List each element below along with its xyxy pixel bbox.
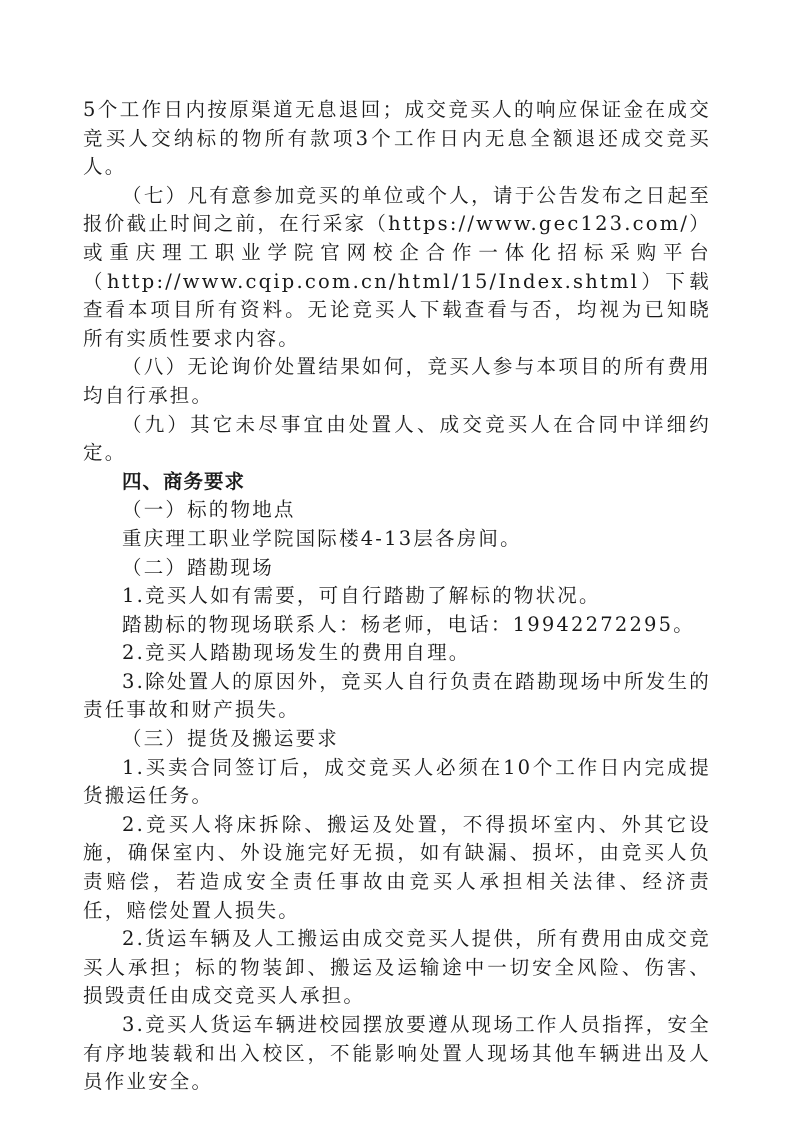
paragraph-item-9-other: （九）其它未尽事宜由处置人、成交竞买人在合同中详细约定。 [83, 411, 711, 468]
document-page: 5个工作日内按原渠道无息退回；成交竞买人的响应保证金在成交竞买人交纳标的物所有款… [83, 96, 711, 1097]
subheading-location: （一）标的物地点 [83, 496, 711, 525]
paragraph-refund: 5个工作日内按原渠道无息退回；成交竞买人的响应保证金在成交竞买人交纳标的物所有款… [83, 96, 711, 182]
paragraph-location: 重庆理工职业学院国际楼4-13层各房间。 [83, 525, 711, 554]
paragraph-survey-contact: 踏勘标的物现场联系人：杨老师，电话：19942272295。 [83, 611, 711, 640]
paragraph-item-7-download: （七）凡有意参加竞买的单位或个人，请于公告发布之日起至报价截止时间之前，在行采家… [83, 182, 711, 354]
paragraph-survey-1: 1.竞买人如有需要，可自行踏勘了解标的物状况。 [83, 582, 711, 611]
paragraph-transport-3: 3.竞买人货运车辆进校园摆放要遵从现场工作人员指挥，安全有序地装载和出入校区，不… [83, 1011, 711, 1097]
paragraph-transport-1: 1.买卖合同签订后，成交竞买人必须在10个工作日内完成提货搬运任务。 [83, 754, 711, 811]
section-heading-business-requirements: 四、商务要求 [83, 468, 711, 497]
paragraph-survey-3: 3.除处置人的原因外，竞买人自行负责在踏勘现场中所发生的责任事故和财产损失。 [83, 668, 711, 725]
paragraph-transport-2b: 2.货运车辆及人工搬运由成交竞买人提供，所有费用由成交竞买人承担；标的物装卸、搬… [83, 925, 711, 1011]
paragraph-transport-2a: 2.竞买人将床拆除、搬运及处置，不得损坏室内、外其它设施，确保室内、外设施完好无… [83, 811, 711, 925]
paragraph-item-8-costs: （八）无论询价处置结果如何，竞买人参与本项目的所有费用均自行承担。 [83, 353, 711, 410]
subheading-site-survey: （二）踏勘现场 [83, 554, 711, 583]
subheading-pickup-transport: （三）提货及搬运要求 [83, 725, 711, 754]
paragraph-survey-2: 2.竞买人踏勘现场发生的费用自理。 [83, 639, 711, 668]
